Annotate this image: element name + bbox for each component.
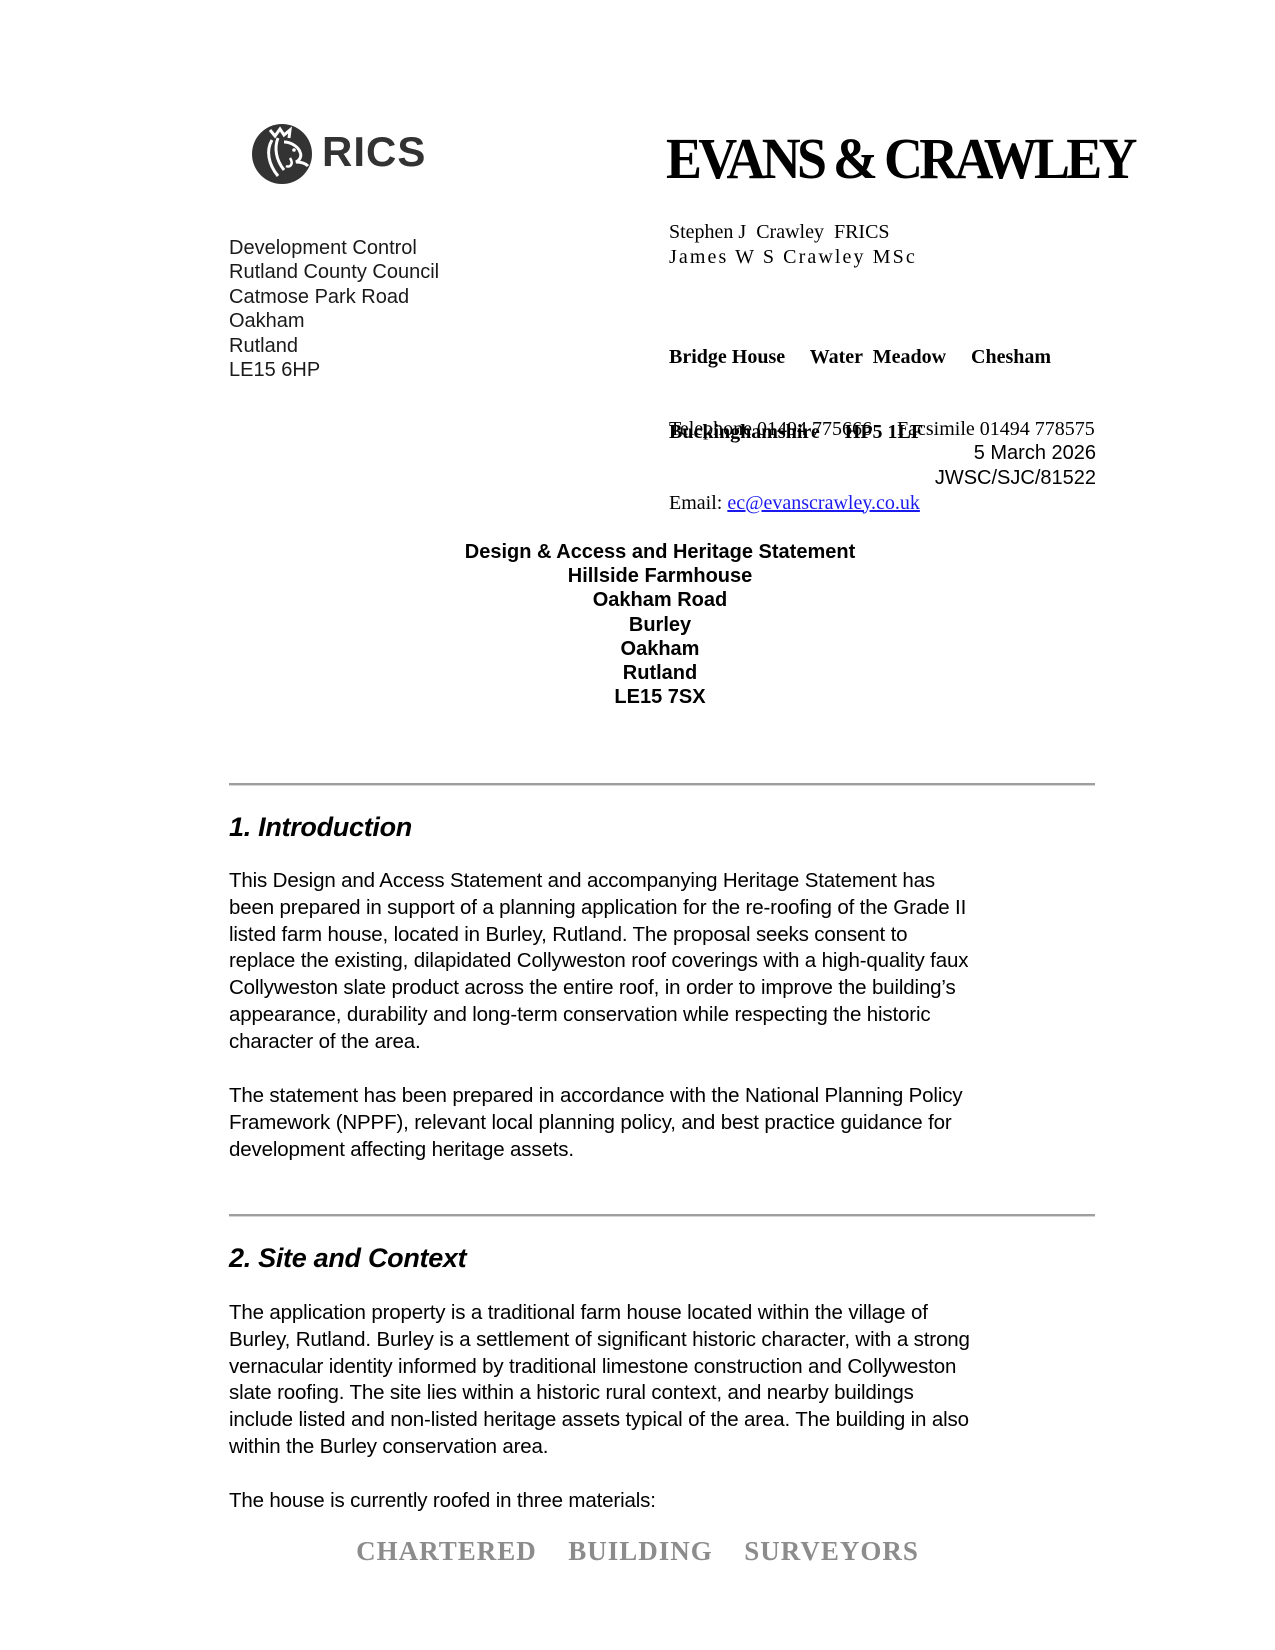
partners-list: Stephen J Crawley FRICS James W S Crawle… [669,220,917,270]
property-address-line: Burley [0,613,1275,637]
text-line: slate roofing. The site lies within a hi… [229,1380,1109,1407]
section-heading-site-context: 2. Site and Context [229,1243,466,1274]
property-postcode: LE15 7SX [0,685,1275,709]
text-line: The house is currently roofed in three m… [229,1488,1109,1515]
text-line: replace the existing, dilapidated Collyw… [229,948,1109,975]
recipient-line: LE15 6HP [229,358,439,382]
text-line: The application property is a traditiona… [229,1300,1109,1327]
partner-name: Stephen J Crawley FRICS [669,220,917,245]
property-address-line: Oakham [0,637,1275,661]
recipient-address: Development Control Rutland County Counc… [229,236,439,382]
text-line: Framework (NPPF), relevant local plannin… [229,1110,1109,1137]
site-context-paragraph-2: The house is currently roofed in three m… [229,1488,1109,1515]
property-name: Hillside Farmhouse [0,564,1275,588]
date-reference: 5 March 2026 JWSC/SJC/81522 [935,441,1096,491]
text-line: Burley, Rutland. Burley is a settlement … [229,1327,1109,1354]
introduction-paragraph-2: The statement has been prepared in accor… [229,1083,1109,1163]
recipient-line: Catmose Park Road [229,285,439,309]
text-line: Collyweston slate product across the ent… [229,975,1109,1002]
text-line: within the Burley conservation area. [229,1434,1109,1461]
text-line: listed farm house, located in Burley, Ru… [229,922,1109,949]
introduction-paragraph-1: This Design and Access Statement and acc… [229,868,1109,1056]
property-address-line: Oakham Road [0,588,1275,612]
rics-wordmark: RICS [322,128,426,176]
email-label: Email: [669,492,727,514]
email-line: Email: ec@evanscrawley.co.uk [669,491,1095,516]
site-context-paragraph-1: The application property is a traditiona… [229,1300,1109,1461]
section-divider [229,1214,1095,1217]
firm-name: EVANS & CRAWLEY [666,130,1134,188]
recipient-line: Oakham [229,309,439,333]
text-line: The statement has been prepared in accor… [229,1083,1109,1110]
property-address-line: Rutland [0,661,1275,685]
firm-address-line: Bridge House Water Meadow Chesham [669,345,1051,370]
rics-lion-icon [250,120,318,188]
text-line: vernacular identity informed by traditio… [229,1354,1109,1381]
partner-name: James W S Crawley MSc [669,245,917,270]
document-title-block: Design & Access and Heritage Statement H… [0,540,1275,709]
email-link[interactable]: ec@evanscrawley.co.uk [727,492,920,514]
letter-date: 5 March 2026 [935,441,1096,466]
text-line: include listed and non-listed heritage a… [229,1407,1109,1434]
text-line: appearance, durability and long-term con… [229,1002,1109,1029]
recipient-line: Rutland [229,334,439,358]
text-line: character of the area. [229,1029,1109,1056]
text-line: This Design and Access Statement and acc… [229,868,1109,895]
section-heading-introduction: 1. Introduction [229,812,412,843]
section-divider [229,783,1095,786]
text-line: been prepared in support of a planning a… [229,895,1109,922]
letter-reference: JWSC/SJC/81522 [935,466,1096,491]
document-title: Design & Access and Heritage Statement [0,540,1275,564]
footer-tagline: CHARTERED BUILDING SURVEYORS [0,1536,1275,1567]
recipient-line: Rutland County Council [229,260,439,284]
text-line: development affecting heritage assets. [229,1137,1109,1164]
recipient-line: Development Control [229,236,439,260]
telephone-fax: Telephone 01494 775666 Facsimile 01494 7… [669,417,1095,442]
